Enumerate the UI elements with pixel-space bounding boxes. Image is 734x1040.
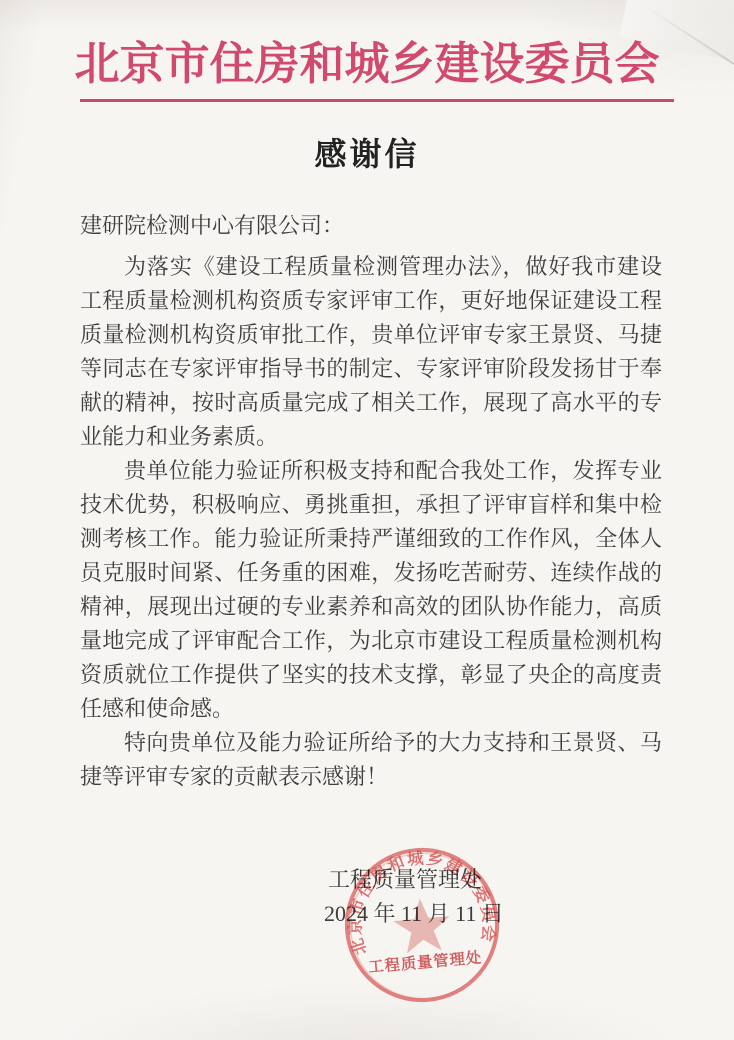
salutation: 建研院检测中心有限公司：: [80, 209, 662, 243]
letter-title: 感谢信: [0, 129, 734, 175]
scanned-letter-page: 北京市住房和城乡建设委员会 感谢信 建研院检测中心有限公司： 为落实《建设工程质…: [0, 0, 734, 1040]
stamp-bottom-text: 工程质量管理处: [368, 948, 483, 976]
paragraph: 特向贵单位及能力验证所给予的大力支持和王景贤、马捷等评审专家的贡献表示感谢！: [80, 726, 662, 794]
stamp-graphic: 北京市住房和城乡建设委员会 工程质量管理处: [331, 834, 513, 1016]
letterhead-rule: [80, 99, 674, 102]
official-stamp: 北京市住房和城乡建设委员会 工程质量管理处: [331, 834, 513, 1016]
paragraph: 为落实《建设工程质量检测管理办法》，做好我市建设工程质量检测机构资质专家评审工作…: [80, 250, 662, 454]
letterhead-org-name: 北京市住房和城乡建设委员会: [0, 27, 734, 92]
star-icon: [392, 896, 453, 954]
paragraph: 贵单位能力验证所积极支持和配合我处工作，发挥专业技术优势，积极响应、勇挑重担，承…: [80, 454, 662, 726]
letter-body: 建研院检测中心有限公司： 为落实《建设工程质量检测管理办法》，做好我市建设工程质…: [80, 209, 662, 794]
